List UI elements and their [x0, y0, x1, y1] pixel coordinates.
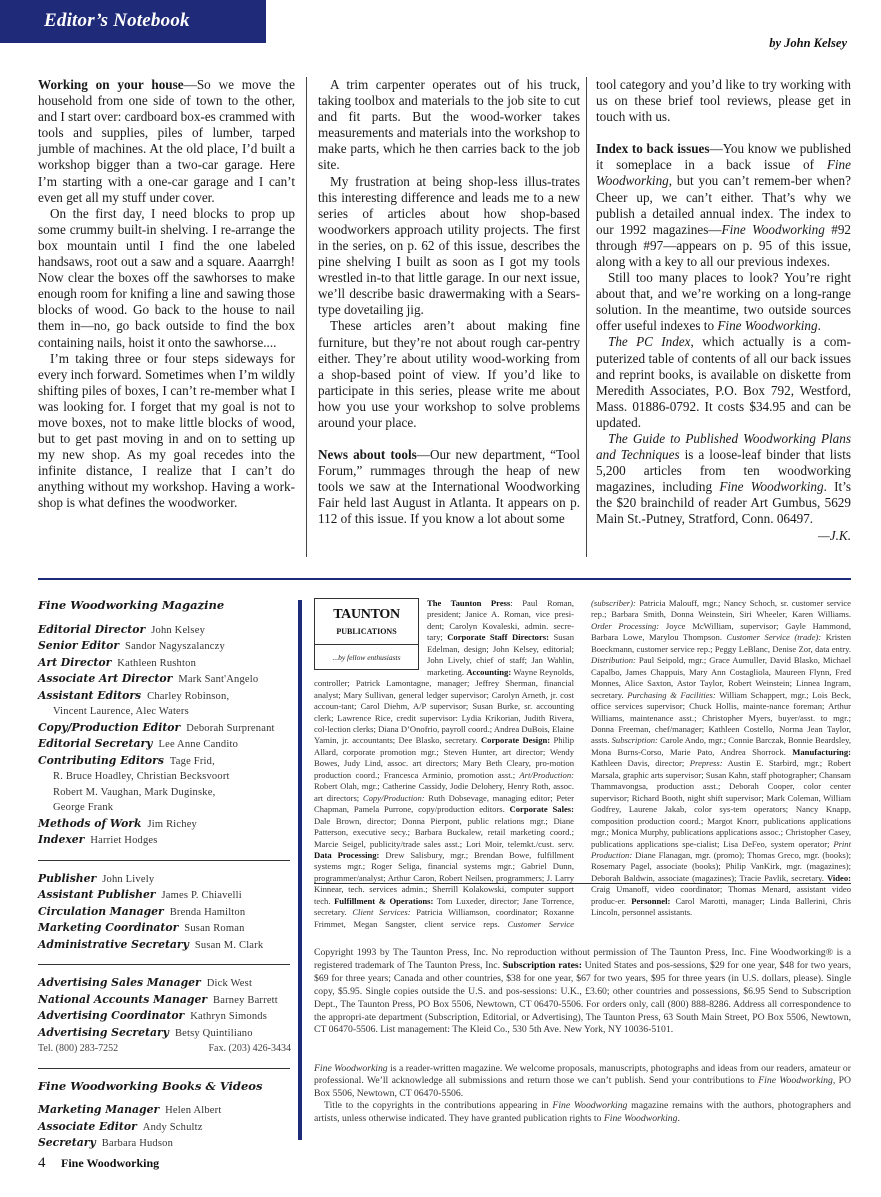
- staff-name: Lee Anne Candito: [158, 739, 238, 750]
- staff-name: Andy Schultz: [143, 1122, 203, 1133]
- staff-role: Advertising Secretary: [38, 1026, 169, 1039]
- masthead-accent-bar: [298, 600, 302, 1140]
- staff-name: Helen Albert: [165, 1105, 221, 1116]
- logo-subtitle: PUBLICATIONS: [315, 626, 418, 637]
- staff-name: John Lively: [102, 874, 154, 885]
- staff-name: Harriet Hodges: [90, 835, 157, 846]
- staff-entry: Contributing EditorsTage Frid,: [38, 753, 293, 770]
- subscription-rates-label: Subscription rates:: [503, 960, 582, 971]
- books-staff-list: Marketing ManagerHelen AlbertAssociate E…: [38, 1102, 293, 1152]
- staff-role: Editorial Secretary: [38, 737, 152, 750]
- staff-name: Dick West: [207, 978, 252, 989]
- staff-role: Copy/Production Editor: [38, 721, 180, 734]
- page-folio: 4 Fine Woodworking: [38, 1155, 159, 1172]
- staff-name-continued: Robert M. Vaughan, Mark Duginske,: [38, 785, 293, 801]
- staff-role: Secretary: [38, 1136, 96, 1149]
- byline: by John Kelsey: [769, 36, 847, 51]
- books-heading: Fine Woodworking Books & Videos: [38, 1079, 293, 1095]
- paragraph: Still too many places to look? You’re ri…: [596, 270, 851, 334]
- staff-entry: Assistant PublisherJames P. Chiavelli: [38, 887, 293, 904]
- staff-name: Kathryn Simonds: [190, 1011, 267, 1022]
- advertising-staff-list: Advertising Sales ManagerDick WestNation…: [38, 975, 293, 1041]
- staff-entry: IndexerHarriet Hodges: [38, 832, 293, 849]
- staff-role: Circulation Manager: [38, 905, 164, 918]
- staff-name: Mark Sant'Angelo: [178, 674, 258, 685]
- staff-role: Associate Art Director: [38, 672, 172, 685]
- publication-name: Fine Woodworking: [61, 1156, 159, 1170]
- staff-name: Brenda Hamilton: [170, 907, 246, 918]
- paragraph: My frustration at being shop-less illus-…: [318, 174, 580, 319]
- publishing-staff-list: PublisherJohn LivelyAssistant PublisherJ…: [38, 871, 293, 954]
- paragraph: A trim carpenter operates out of his tru…: [318, 77, 580, 174]
- staff-name: James P. Chiavelli: [162, 890, 242, 901]
- staff-entry: PublisherJohn Lively: [38, 871, 293, 888]
- staff-entry: Marketing ManagerHelen Albert: [38, 1102, 293, 1119]
- column-divider: [586, 77, 587, 557]
- staff-role: Methods of Work: [38, 817, 141, 830]
- staff-entry: Administrative SecretarySusan M. Clark: [38, 937, 293, 954]
- staff-entry: Advertising SecretaryBetsy Quintiliano: [38, 1025, 293, 1042]
- paragraph: I’m taking three or four steps sideways …: [38, 351, 295, 512]
- staff-entry: Associate EditorAndy Schultz: [38, 1119, 293, 1136]
- staff-entry: National Accounts ManagerBarney Barrett: [38, 992, 293, 1009]
- staff-entry: Copy/Production EditorDeborah Surprenant: [38, 720, 293, 737]
- paragraph-lead: News about tools: [318, 447, 417, 462]
- paragraph-lead: Index to back issues: [596, 141, 710, 156]
- paragraph-lead: Working on your house: [38, 77, 184, 92]
- paragraph: News about tools—Our new department, “To…: [318, 447, 580, 527]
- staff-name: Barbara Hudson: [102, 1138, 173, 1149]
- article-column-3: tool category and you’d like to try work…: [596, 77, 851, 544]
- contact-numbers: Tel. (800) 283-7252 Fax. (203) 426-3434: [38, 1041, 291, 1057]
- staff-role: Advertising Coordinator: [38, 1009, 184, 1022]
- section-title: Editor’s Notebook: [44, 10, 190, 32]
- staff-role: Administrative Secretary: [38, 938, 189, 951]
- staff-name: Charley Robinson,: [147, 691, 229, 702]
- staff-name-continued: Vincent Laurence, Alec Waters: [38, 704, 293, 720]
- staff-entry: Editorial SecretaryLee Anne Candito: [38, 736, 293, 753]
- staff-role: Associate Editor: [38, 1120, 137, 1133]
- staff-entry: Assistant EditorsCharley Robinson,: [38, 688, 293, 705]
- column-divider: [306, 77, 307, 557]
- staff-role: Marketing Coordinator: [38, 921, 178, 934]
- copyright-notice: Copyright 1993 by The Taunton Press, Inc…: [314, 947, 851, 1037]
- article-column-1: Working on your house—So we move the hou…: [38, 77, 295, 512]
- article-column-2: A trim carpenter operates out of his tru…: [318, 77, 580, 528]
- staff-role: National Accounts Manager: [38, 993, 207, 1006]
- staff-entry: Editorial DirectorJohn Kelsey: [38, 622, 293, 639]
- staff-name-continued: George Frank: [38, 800, 293, 816]
- staff-entry: Advertising CoordinatorKathryn Simonds: [38, 1008, 293, 1025]
- paragraph: The PC Index, which actually is a com-pu…: [596, 334, 851, 431]
- staff-role: Publisher: [38, 872, 96, 885]
- submissions-notice: Fine Woodworking is a reader-written mag…: [314, 1063, 851, 1125]
- staff-entry: Associate Art DirectorMark Sant'Angelo: [38, 671, 293, 688]
- staff-name: John Kelsey: [151, 625, 205, 636]
- staff-name: Kathleen Rushton: [117, 658, 196, 669]
- staff-name: Tage Frid,: [170, 756, 215, 767]
- corporate-staff-listing: TAUNTON PUBLICATIONS ...by fellow enthus…: [314, 598, 851, 930]
- divider: [38, 964, 290, 965]
- staff-entry: Advertising Sales ManagerDick West: [38, 975, 293, 992]
- staff-name: Sandor Nagyszalanczy: [125, 641, 225, 652]
- paragraph: The Guide to Published Woodworking Plans…: [596, 431, 851, 528]
- staff-role: Assistant Publisher: [38, 888, 156, 901]
- staff-entry: Methods of WorkJim Richey: [38, 816, 293, 833]
- staff-role: Editorial Director: [38, 623, 145, 636]
- paragraph: These articles aren’t about making fine …: [318, 318, 580, 431]
- author-signature: —J.K.: [806, 528, 851, 544]
- staff-entry: Marketing CoordinatorSusan Roman: [38, 920, 293, 937]
- divider: [314, 883, 851, 884]
- staff-name: Deborah Surprenant: [186, 723, 274, 734]
- staff-entry: SecretaryBarbara Hudson: [38, 1135, 293, 1152]
- staff-role: Contributing Editors: [38, 754, 164, 767]
- paragraph: Working on your house—So we move the hou…: [38, 77, 295, 206]
- section-divider: [38, 578, 851, 580]
- paragraph: Index to back issues—You know we publish…: [596, 141, 851, 270]
- staff-role: Senior Editor: [38, 639, 119, 652]
- staff-entry: Senior EditorSandor Nagyszalanczy: [38, 638, 293, 655]
- page-number: 4: [38, 1155, 46, 1171]
- divider: [38, 1068, 290, 1069]
- logo-tagline: ...by fellow enthusiasts: [315, 652, 418, 663]
- staff-role: Advertising Sales Manager: [38, 976, 201, 989]
- logo-divider: [315, 644, 418, 645]
- paragraph: On the first day, I need blocks to prop …: [38, 206, 295, 351]
- divider: [38, 860, 290, 861]
- staff-role: Art Director: [38, 656, 111, 669]
- section-banner: Editor’s Notebook: [0, 0, 266, 43]
- staff-name: Susan Roman: [184, 923, 244, 934]
- taunton-logo: TAUNTON PUBLICATIONS ...by fellow enthus…: [314, 598, 419, 670]
- fax: Fax. (203) 426-3434: [209, 1041, 292, 1057]
- staff-entry: Circulation ManagerBrenda Hamilton: [38, 904, 293, 921]
- masthead: Fine Woodworking Magazine Editorial Dire…: [38, 598, 293, 1152]
- masthead-heading: Fine Woodworking Magazine: [38, 598, 293, 614]
- logo-wordmark: TAUNTON: [315, 609, 418, 620]
- paragraph: tool category and you’d like to try work…: [596, 77, 851, 125]
- staff-role: Assistant Editors: [38, 689, 141, 702]
- staff-role: Marketing Manager: [38, 1103, 159, 1116]
- telephone: Tel. (800) 283-7252: [38, 1041, 118, 1057]
- staff-name: Betsy Quintiliano: [175, 1028, 253, 1039]
- staff-entry: Art DirectorKathleen Rushton: [38, 655, 293, 672]
- editorial-staff-list: Editorial DirectorJohn KelseySenior Edit…: [38, 622, 293, 849]
- staff-name: Barney Barrett: [213, 995, 278, 1006]
- staff-name: Susan M. Clark: [195, 940, 263, 951]
- staff-name: Jim Richey: [147, 819, 197, 830]
- staff-role: Indexer: [38, 833, 84, 846]
- staff-name-continued: R. Bruce Hoadley, Christian Becksvoort: [38, 769, 293, 785]
